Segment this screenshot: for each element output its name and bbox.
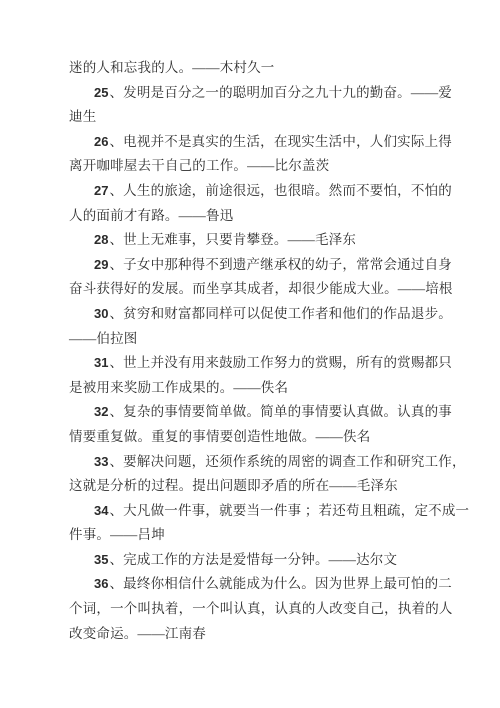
- quote-number: 32: [94, 404, 108, 419]
- quote-number: 34: [94, 503, 108, 518]
- quote-text: 个词，一个叫执着，一个叫认真，认真的人改变自己，执着的人: [69, 601, 453, 616]
- quote-text: 迪生: [69, 109, 96, 124]
- text-line: 28、世上无难事，只要肯攀登。——毛泽东: [69, 228, 441, 253]
- quote-text: 人的面前才有路。——鲁迅: [69, 208, 233, 223]
- text-line: 31、世上并没有用来鼓励工作努力的赏赐，所有的赏赐都只: [69, 351, 441, 376]
- document-page: 迷的人和忘我的人。——木村久一25、发明是百分之一的聪明加百分之九十九的勤奋。—…: [0, 0, 500, 708]
- quote-text: 、人生的旅途，前途很远，也很暗。然而不要怕，不怕的: [109, 183, 452, 198]
- text-line: ——伯拉图: [69, 327, 441, 352]
- quote-number: 30: [94, 306, 108, 321]
- quote-text: 、世上并没有用来鼓励工作努力的赏赐，所有的赏赐都只: [109, 355, 452, 370]
- quote-number: 29: [94, 257, 108, 272]
- quote-text: 、世上无难事，只要肯攀登。——毛泽东: [109, 232, 356, 247]
- quote-list: 迷的人和忘我的人。——木村久一25、发明是百分之一的聪明加百分之九十九的勤奋。—…: [69, 56, 441, 646]
- quote-number: 36: [94, 576, 108, 591]
- quote-number: 31: [94, 355, 108, 370]
- quote-number: 26: [94, 134, 108, 149]
- quote-text: 情要重复做。重复的事情要创造性地做。——佚名: [69, 429, 370, 444]
- text-line: 36、最终你相信什么就能成为什么。因为世界上最可怕的二: [69, 572, 441, 597]
- quote-number: 35: [94, 552, 108, 567]
- quote-text: 、要解决问题，还须作系统的周密的调查工作和研究工作，: [109, 454, 465, 469]
- quote-number: 25: [94, 85, 108, 100]
- text-line: 32、复杂的事情要简单做。简单的事情要认真做。认真的事: [69, 400, 441, 425]
- quote-text: 、大凡做一件事，就要当一件事 ；若还苟且粗疏，定不成一: [109, 503, 469, 518]
- quote-text: 改变命运。——江南春: [69, 626, 206, 641]
- text-line: 27、人生的旅途，前途很远，也很暗。然而不要怕，不怕的: [69, 179, 441, 204]
- quote-number: 33: [94, 454, 108, 469]
- text-line: 奋斗获得好的发展。而坐享其成者，却很少能成大业。——培根: [69, 277, 441, 302]
- quote-text: 、发明是百分之一的聪明加百分之九十九的勤奋。——爱: [109, 85, 452, 100]
- text-line: 25、发明是百分之一的聪明加百分之九十九的勤奋。——爱: [69, 81, 441, 106]
- quote-text: 、完成工作的方法是爱惜每一分钟。——达尔文: [109, 552, 397, 567]
- quote-text: 迷的人和忘我的人。——木村久一: [69, 60, 275, 75]
- text-line: 26、电视并不是真实的生活，在现实生活中，人们实际上得: [69, 130, 441, 155]
- quote-number: 28: [94, 232, 108, 247]
- quote-text: 、贫穷和财富都同样可以促使工作者和他们的作品退步。: [109, 306, 452, 321]
- quote-text: 、复杂的事情要简单做。简单的事情要认真做。认真的事: [109, 404, 452, 419]
- text-line: 改变命运。——江南春: [69, 622, 441, 647]
- quote-text: 离开咖啡屋去干自己的工作。——比尔盖茨: [69, 158, 329, 173]
- quote-text: ——伯拉图: [69, 331, 138, 346]
- quote-text: 、电视并不是真实的生活，在现实生活中，人们实际上得: [109, 134, 452, 149]
- text-line: 34、大凡做一件事，就要当一件事 ；若还苟且粗疏，定不成一: [69, 499, 441, 524]
- text-line: 这就是分析的过程。提出问题即矛盾的所在——毛泽东: [69, 474, 441, 499]
- text-line: 人的面前才有路。——鲁迅: [69, 204, 441, 229]
- quote-text: 件事。——吕坤: [69, 527, 165, 542]
- text-line: 情要重复做。重复的事情要创造性地做。——佚名: [69, 425, 441, 450]
- text-line: 是被用来奖励工作成果的。——佚名: [69, 376, 441, 401]
- text-line: 个词，一个叫执着，一个叫认真，认真的人改变自己，执着的人: [69, 597, 441, 622]
- text-line: 迷的人和忘我的人。——木村久一: [69, 56, 441, 81]
- text-line: 35、完成工作的方法是爱惜每一分钟。——达尔文: [69, 548, 441, 573]
- quote-text: 是被用来奖励工作成果的。——佚名: [69, 380, 288, 395]
- quote-text: 这就是分析的过程。提出问题即矛盾的所在——毛泽东: [69, 478, 398, 493]
- text-line: 迪生: [69, 105, 441, 130]
- quote-text: 、子女中那种得不到遗产继承权的幼子，常常会通过自身: [109, 257, 452, 272]
- text-line: 件事。——吕坤: [69, 523, 441, 548]
- quote-text: 、最终你相信什么就能成为什么。因为世界上最可怕的二: [109, 576, 452, 591]
- text-line: 29、子女中那种得不到遗产继承权的幼子，常常会通过自身: [69, 253, 441, 278]
- text-line: 离开咖啡屋去干自己的工作。——比尔盖茨: [69, 154, 441, 179]
- text-line: 30、贫穷和财富都同样可以促使工作者和他们的作品退步。: [69, 302, 441, 327]
- text-line: 33、要解决问题，还须作系统的周密的调查工作和研究工作，: [69, 450, 441, 475]
- quote-number: 27: [94, 183, 108, 198]
- quote-text: 奋斗获得好的发展。而坐享其成者，却很少能成大业。——培根: [69, 281, 453, 296]
